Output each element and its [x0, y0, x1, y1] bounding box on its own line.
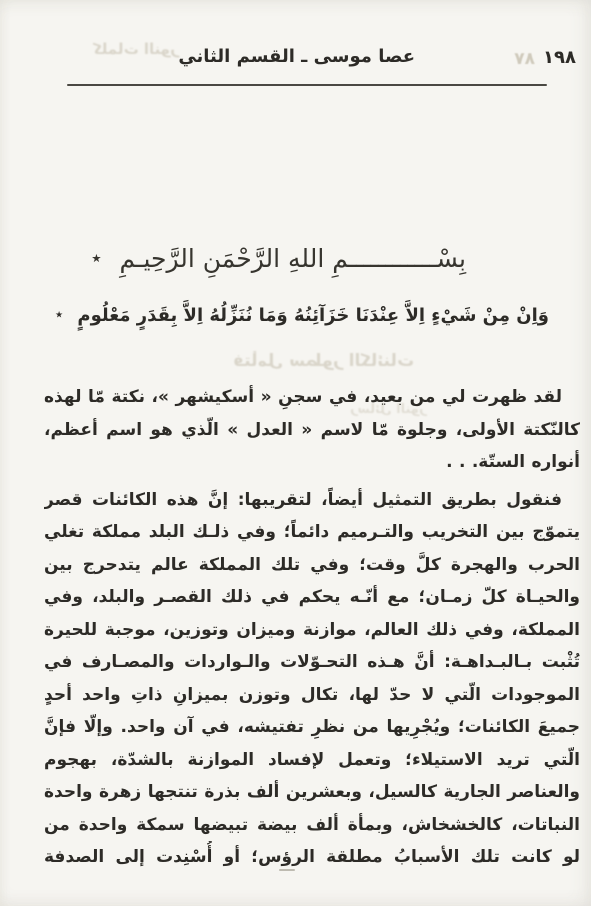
- text-line: لو كانت تلك الأسبابُ مطلقة الرؤس؛ أو أُس…: [44, 841, 580, 874]
- verse-text: وَاِنْ مِنْ شَيْءٍ اِلاَّ عِنْدَنَا خَزَ…: [77, 305, 549, 326]
- text-line: فنقول بطريق التمثيل أيضاً، لتقريبها: إنَ…: [44, 484, 580, 517]
- text-line: الّتي تريد الاستيلاء؛ وتعمل لإفساد الموا…: [44, 744, 580, 777]
- body-text: لقد ظهرت لي من بعيد، في سجنِ « أسكيشهر »…: [44, 381, 580, 874]
- page-number: ١٩٨: [543, 47, 576, 68]
- text-line: يتموّج بين التخريب والتـرميم دائماً؛ وفي…: [44, 516, 580, 549]
- text-line: أنواره الستّة. . .: [44, 446, 580, 479]
- bleedthrough-text-middle: فتأمل سطور الكائنات: [233, 351, 439, 371]
- text-line: تُثْبت بـالبـداهـة: أنَّ هـذه التحـوّلات…: [44, 646, 580, 679]
- text-line: لقد ظهرت لي من بعيد، في سجنِ « أسكيشهر »…: [44, 381, 580, 414]
- text-line: كالنّكتة الأولى، وجلوة مّا لاسم « العدل …: [44, 414, 580, 447]
- text-line: والعناصر الجارية كالسيل، وبعشرين ألف بذر…: [44, 776, 580, 809]
- text-line: الحرب والهجرة كلَّ وقت؛ وفي تلك المملكة …: [44, 549, 580, 582]
- quran-verse: وَاِنْ مِنْ شَيْءٍ اِلاَّ عِنْدَنَا خَزَ…: [92, 297, 549, 333]
- text-line: والحيـاة كلّ زمـان؛ مع أنّـه يحكم في ذلك…: [44, 581, 580, 614]
- text-line: جميعَ الكائنات؛ ويُجْرِيها من نظرِ تفتيش…: [44, 711, 580, 744]
- chapter-title: عصا موسى ـ القسم الثاني: [190, 46, 415, 67]
- text-line: الموجودات الّتي لا حدّ لها، تكال وتوزن ب…: [44, 679, 580, 712]
- bottom-scan-mark: [279, 869, 295, 871]
- text-line: المملكة، وفي ذلك العالم، موازنة وميزان و…: [44, 614, 580, 647]
- text-line: النباتات، كالخشخاش، وبمأة ألف بيضة تبيضه…: [44, 809, 580, 842]
- header-rule: [67, 84, 547, 86]
- basmala-text: بِسْــــــــــــمِ اللهِ الرَّحْمَنِ الر…: [120, 244, 466, 273]
- star-ornament-icon: ٭: [91, 247, 101, 269]
- basmala-calligraphy: بِسْــــــــــــمِ اللهِ الرَّحْمَنِ الر…: [140, 234, 466, 283]
- book-page-scan: كلمات النور عصا موسى ـ القسم الثاني ٧٨ ١…: [0, 0, 591, 906]
- star-ornament-icon: ٭: [55, 305, 63, 323]
- analogy-paragraph: فنقول بطريق التمثيل أيضاً، لتقريبها: إنَ…: [44, 484, 580, 874]
- bleedthrough-page-number: ٧٨: [514, 49, 535, 69]
- opening-paragraph: لقد ظهرت لي من بعيد، في سجنِ « أسكيشهر »…: [44, 381, 580, 479]
